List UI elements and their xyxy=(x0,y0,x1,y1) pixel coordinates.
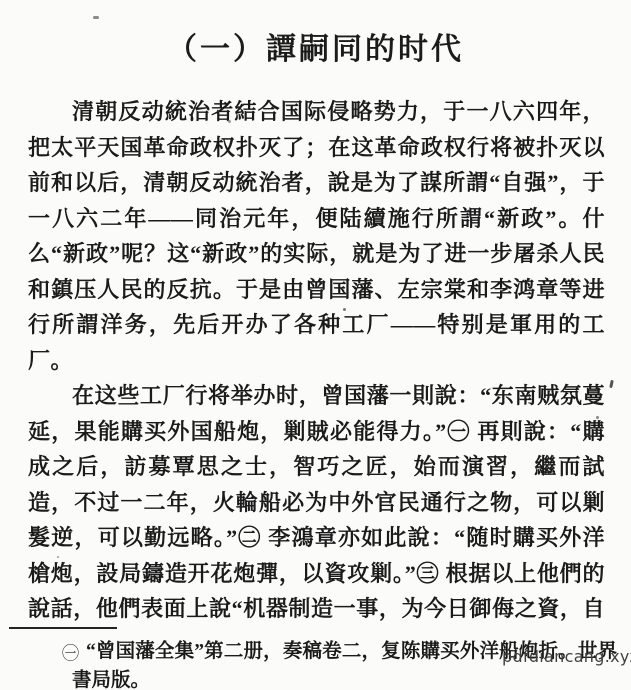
scanned-book-page: （一）譚嗣同的时代 清朝反动統治者結合国际侵略势力，于一八六四年，把太平天国革命… xyxy=(0,0,631,690)
paragraph-2: 在这些工厂行将举办时，曾国藩一則說：“东南贼氛蔓延，果能購买外国船炮，剿賊必能得… xyxy=(28,378,605,624)
footnote-marker-circled-one: ㊀ xyxy=(48,639,79,668)
scan-speck xyxy=(609,380,614,388)
scan-speck xyxy=(93,16,99,19)
watermark-text: pdfdiancang.xyz xyxy=(502,647,631,666)
paragraph-1: 清朝反动統治者結合国际侵略势力，于一八六四年，把太平天国革命政权扑灭了；在这革命… xyxy=(28,94,605,378)
chapter-title: （一）譚嗣同的时代 xyxy=(0,24,631,68)
footnote-separator-rule xyxy=(9,627,117,629)
body-text: 清朝反动統治者結合国际侵略势力，于一八六四年，把太平天国革命政权扑灭了；在这革命… xyxy=(28,94,605,624)
